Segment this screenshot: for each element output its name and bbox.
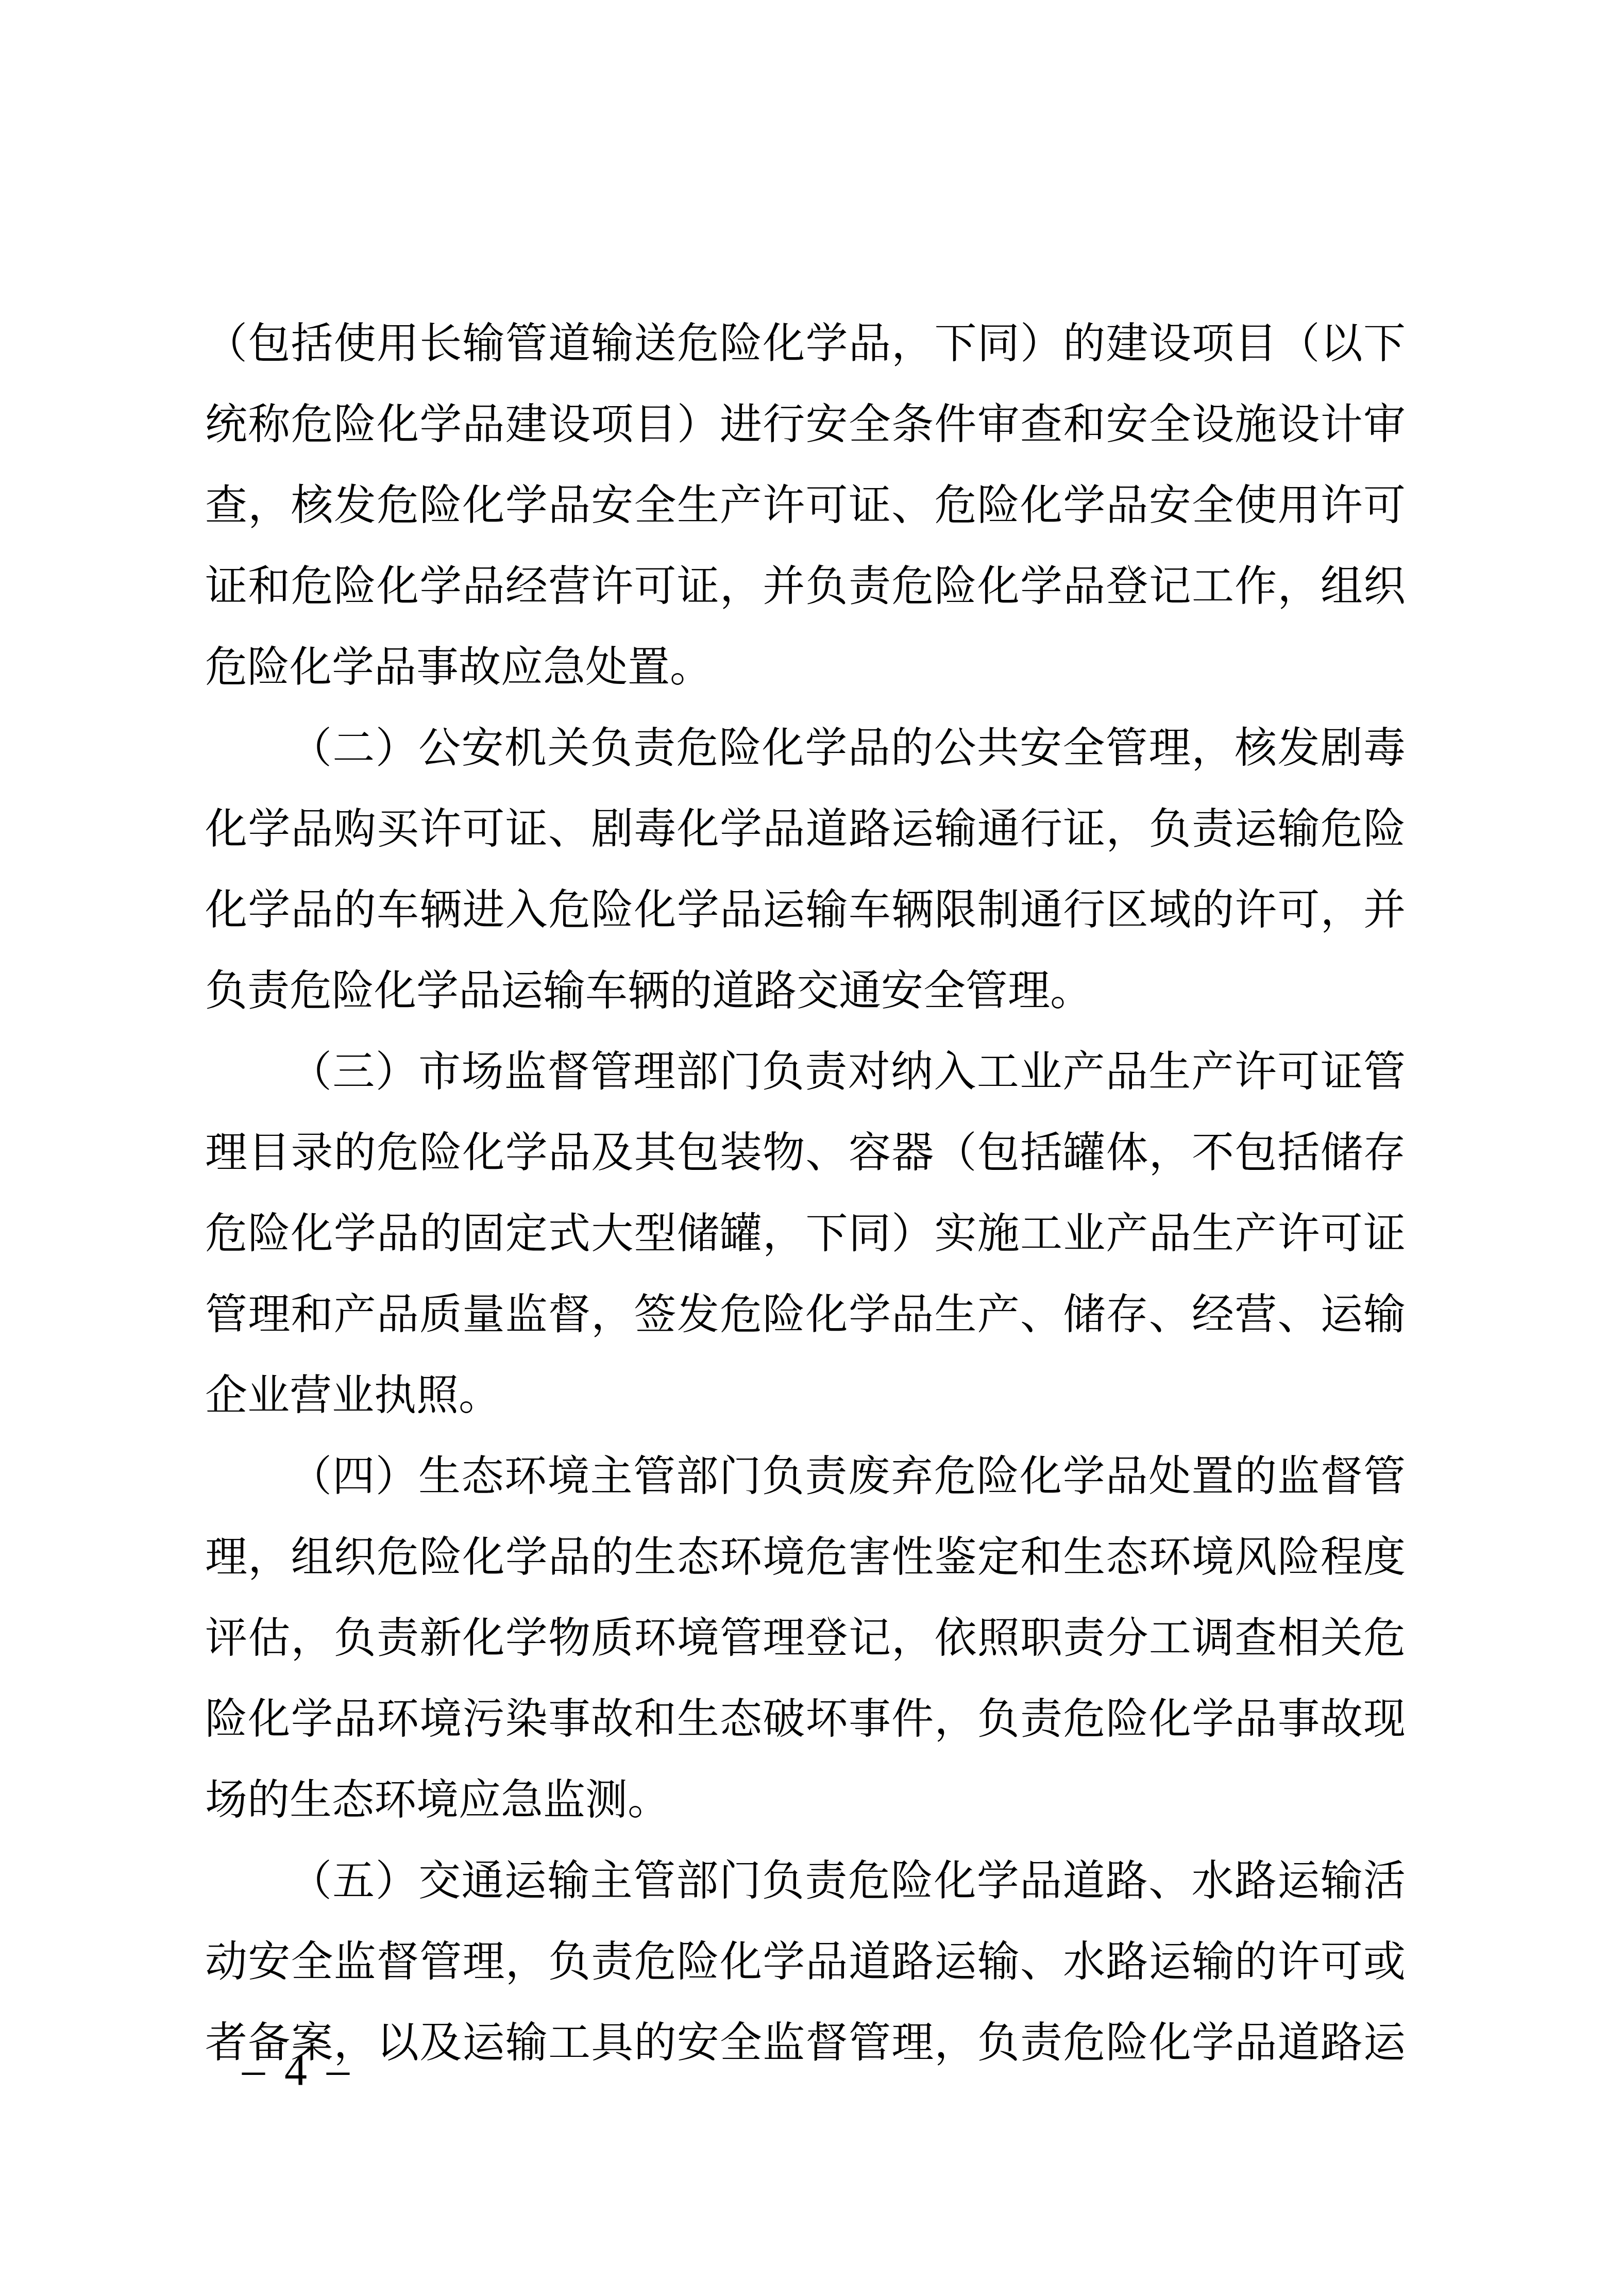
text-line: 化学品的车辆进入危险化学品运输车辆限制通行区域的许可，并 [205, 869, 1406, 950]
text-line: 查，核发危险化学品安全生产许可证、危险化学品安全使用许可 [205, 465, 1406, 546]
text-line: 负责危险化学品运输车辆的道路交通安全管理。 [205, 950, 1406, 1031]
text-line: 证和危险化学品经营许可证，并负责危险化学品登记工作，组织 [205, 546, 1406, 627]
text-line: 化学品购买许可证、剧毒化学品道路运输通行证，负责运输危险 [205, 789, 1406, 869]
text-line: 者备案，以及运输工具的安全监督管理，负责危险化学品道路运 [205, 2002, 1406, 2083]
text-line: 危险化学品事故应急处置。 [205, 627, 1406, 708]
text-line: 危险化学品的固定式大型储罐，下同）实施工业产品生产许可证 [205, 1193, 1406, 1274]
text-line: 企业营业执照。 [205, 1355, 1406, 1436]
text-line: （三）市场监督管理部门负责对纳入工业产品生产许可证管 [205, 1031, 1406, 1112]
document-page: （包括使用长输管道输送危险化学品，下同）的建设项目（以下 统称危险化学品建设项目… [0, 0, 1623, 2296]
document-body: （包括使用长输管道输送危险化学品，下同）的建设项目（以下 统称危险化学品建设项目… [205, 303, 1406, 2083]
text-line: 统称危险化学品建设项目）进行安全条件审查和安全设施设计审 [205, 384, 1406, 465]
text-line: 评估，负责新化学物质环境管理登记，依照职责分工调查相关危 [205, 1598, 1406, 1679]
page-number: – 4 – [242, 2042, 353, 2099]
text-line: 理，组织危险化学品的生态环境危害性鉴定和生态环境风险程度 [205, 1517, 1406, 1598]
text-line: 动安全监督管理，负责危险化学品道路运输、水路运输的许可或 [205, 1921, 1406, 2002]
text-line: 场的生态环境应急监测。 [205, 1759, 1406, 1840]
text-line: （四）生态环境主管部门负责废弃危险化学品处置的监督管 [205, 1436, 1406, 1517]
text-line: （包括使用长输管道输送危险化学品，下同）的建设项目（以下 [205, 303, 1406, 384]
text-line: 理目录的危险化学品及其包装物、容器（包括罐体，不包括储存 [205, 1112, 1406, 1193]
text-line: 管理和产品质量监督，签发危险化学品生产、储存、经营、运输 [205, 1274, 1406, 1355]
text-line: （二）公安机关负责危险化学品的公共安全管理，核发剧毒 [205, 708, 1406, 789]
text-line: 险化学品环境污染事故和生态破坏事件，负责危险化学品事故现 [205, 1679, 1406, 1759]
text-line: （五）交通运输主管部门负责危险化学品道路、水路运输活 [205, 1840, 1406, 1921]
